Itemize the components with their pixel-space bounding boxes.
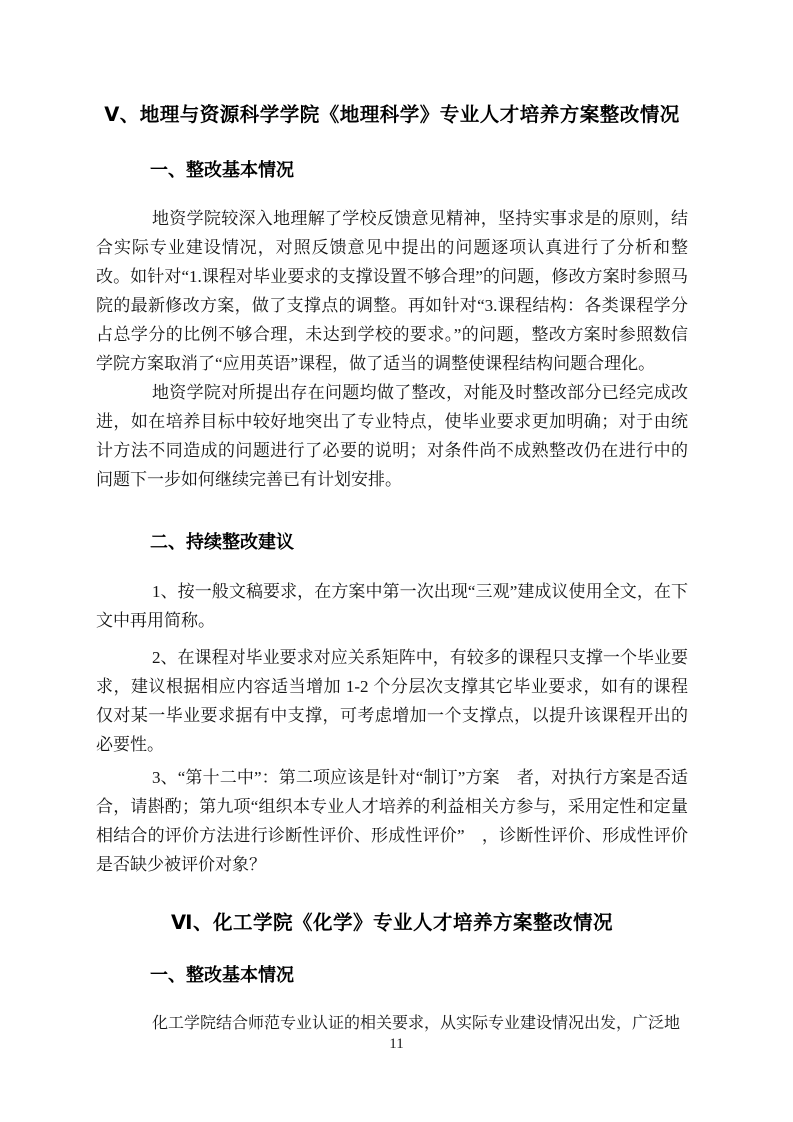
document-page: Ⅴ、地理与资源科学学院《地理科学》专业人才培养方案整改情况 一、整改基本情况 地… xyxy=(0,0,793,1122)
paragraph-vi-basic-1: 化工学院结合师范专业认证的相关要求，从实际专业建设情况出发，广泛地 xyxy=(96,1009,688,1038)
paragraph-v-suggestion-2: 2、在课程对毕业要求对应关系矩阵中，有较多的课程只支撑一个毕业要求，建议根据相应… xyxy=(96,643,688,759)
section-v-heading-basic-situation: 一、整改基本情况 xyxy=(96,156,688,185)
page-number: 11 xyxy=(0,1036,793,1053)
paragraph-v-basic-1: 地资学院较深入地理解了学校反馈意见精神，坚持实事求是的原则，结合实际专业建设情况… xyxy=(96,204,688,378)
section-vi-heading-basic-situation: 一、整改基本情况 xyxy=(96,961,688,990)
paragraph-v-suggestion-3: 3、“第十二中”：第二项应该是针对“制订”方案 者，对执行方案是否适合，请斟酌；… xyxy=(96,763,688,879)
section-vi-title: Ⅵ、化工学院《化学》专业人才培养方案整改情况 xyxy=(96,908,688,938)
section-v-heading-suggestions: 二、持续整改建议 xyxy=(96,528,688,557)
paragraph-v-basic-2: 地资学院对所提出存在问题均做了整改，对能及时整改部分已经完成改进，如在培养目标中… xyxy=(96,378,688,494)
page-content: Ⅴ、地理与资源科学学院《地理科学》专业人才培养方案整改情况 一、整改基本情况 地… xyxy=(96,0,688,1038)
paragraph-v-suggestion-1: 1、按一般文稿要求，在方案中第一次出现“三观”建成议使用全文，在下文中再用简称。 xyxy=(96,577,688,635)
section-v-title: Ⅴ、地理与资源科学学院《地理科学》专业人才培养方案整改情况 xyxy=(96,100,688,130)
